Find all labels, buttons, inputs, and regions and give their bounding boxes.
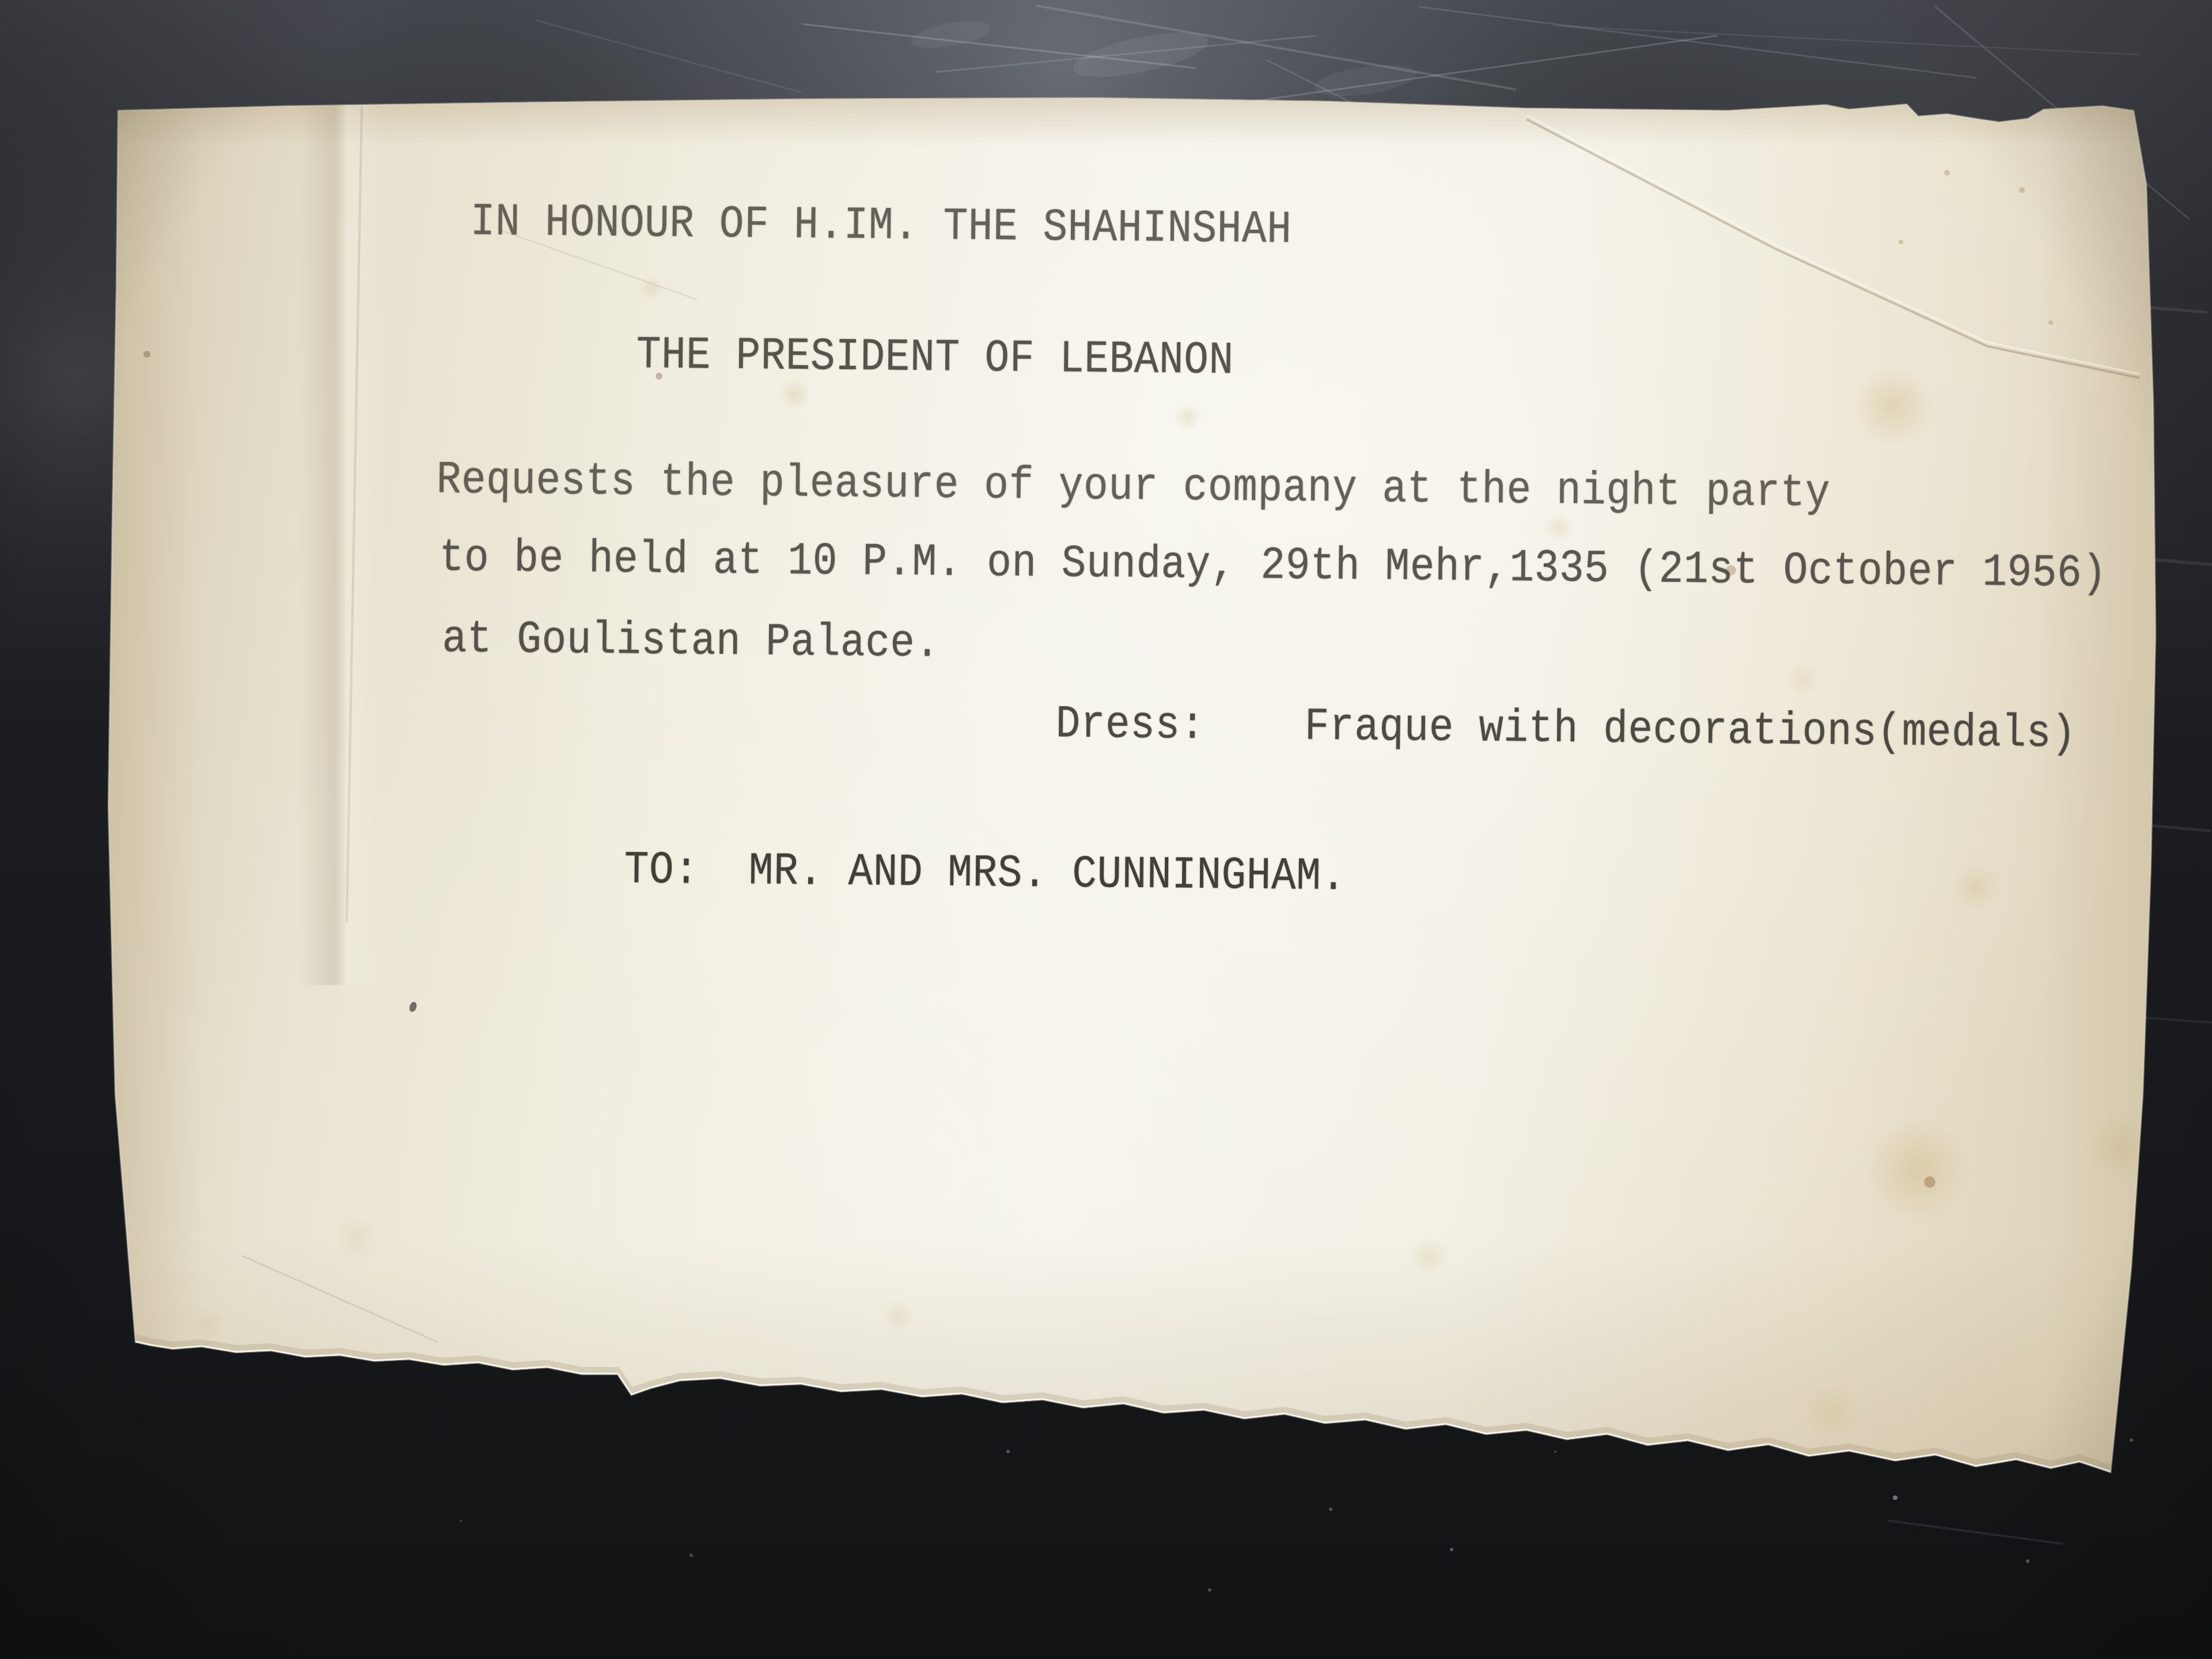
typed-text-layer: IN HONOUR OF H.IM. THE SHAHINSHAH THE PR…	[0, 0, 2212, 1659]
line-president-of-lebanon: THE PRESIDENT OF LEBANON	[636, 333, 1234, 384]
line-dress-code: Dress: Fraque with decorations(medals)	[1055, 702, 2076, 758]
line-date-time: to be held at 10 P.M. on Sunday, 29th Me…	[439, 536, 2107, 597]
line-requests-pleasure: Requests the pleasure of your company at…	[436, 458, 1830, 517]
line-addressee: TO: MR. AND MRS. CUNNINGHAM.	[624, 848, 1346, 901]
line-in-honour-of-shahinshah: IN HONOUR OF H.IM. THE SHAHINSHAH	[470, 200, 1292, 253]
line-venue: at Goulistan Palace.	[442, 617, 940, 668]
photograph-of-invitation: IN HONOUR OF H.IM. THE SHAHINSHAH THE PR…	[0, 0, 2212, 1659]
